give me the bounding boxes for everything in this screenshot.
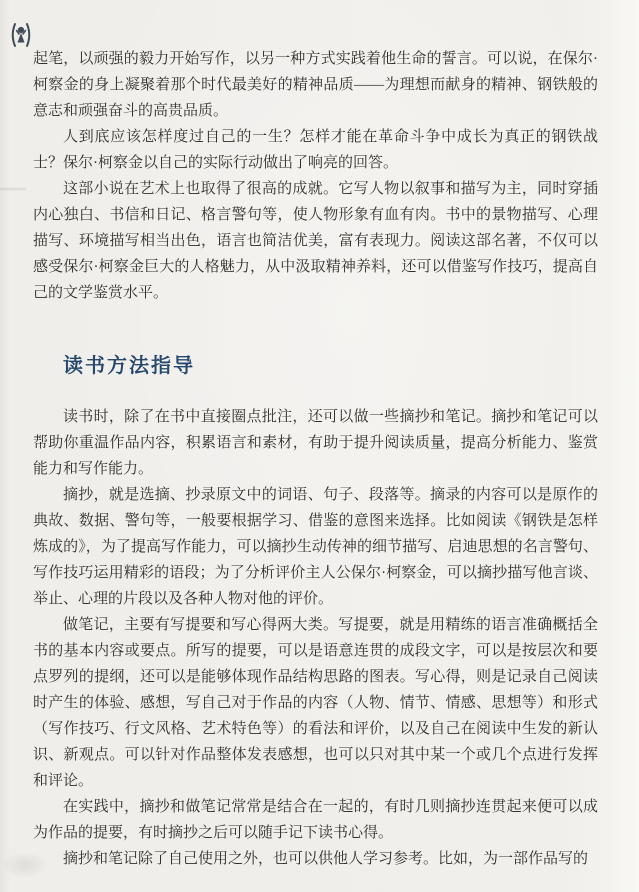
paragraph-cutoff: 摘抄和笔记除了自己使用之外，也可以供他人学习参考。比如，为一部作品写的 (33, 846, 598, 872)
publisher-logo-icon (8, 22, 34, 48)
scan-light-band (605, 0, 639, 892)
page-content: 起笔，以顽强的毅力开始写作，以另一种方式实践着他生命的誓言。可以说，在保尔·柯察… (33, 46, 598, 872)
scan-scratch (0, 188, 26, 190)
paragraph: 摘抄，就是选摘、抄录原文中的词语、句子、段落等。摘录的内容可以是原作的典故、数据… (33, 482, 598, 612)
paragraph: 人到底应该怎样度过自己的一生？怎样才能在革命斗争中成长为真正的钢铁战士？保尔·柯… (33, 124, 598, 176)
section-heading: 读书方法指导 (63, 352, 598, 380)
book-page: 起笔，以顽强的毅力开始写作，以另一种方式实践着他生命的誓言。可以说，在保尔·柯察… (0, 0, 639, 892)
paragraph: 做笔记，主要有写提要和写心得两大类。写提要，就是用精练的语言准确概括全书的基本内… (33, 612, 598, 794)
paragraph: 这部小说在艺术上也取得了很高的成就。它写人物以叙事和描写为主，同时穿插内心独白、… (33, 176, 598, 306)
paragraph: 在实践中，摘抄和做笔记常常是结合在一起的，有时几则摘抄连贯起来便可以成为作品的提… (33, 794, 598, 846)
paragraph: 读书时，除了在书中直接圈点批注，还可以做一些摘抄和笔记。摘抄和笔记可以帮助你重温… (33, 404, 598, 482)
paragraph-continuation: 起笔，以顽强的毅力开始写作，以另一种方式实践着他生命的誓言。可以说，在保尔·柯察… (33, 46, 598, 124)
